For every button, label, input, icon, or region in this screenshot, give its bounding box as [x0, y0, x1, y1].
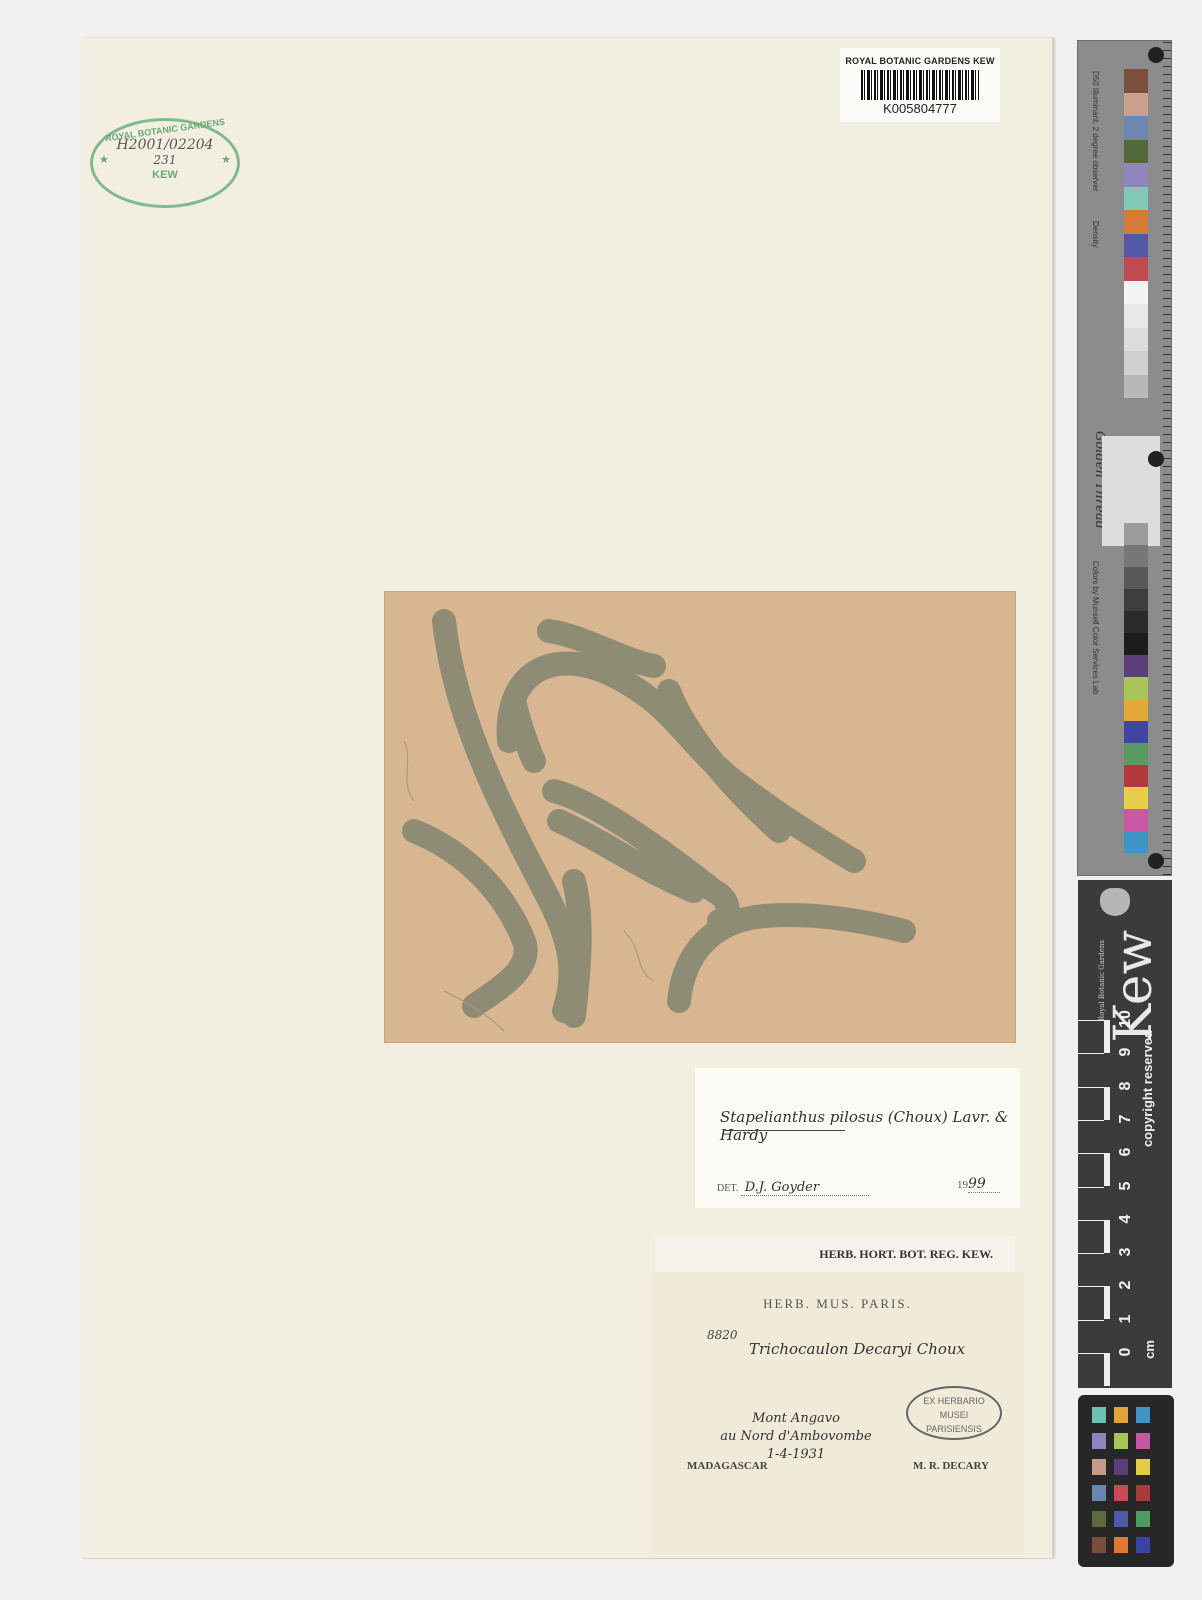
checker-cell — [1136, 1433, 1150, 1449]
color-swatch — [1124, 116, 1148, 140]
color-swatch — [1124, 234, 1148, 258]
ruler-number: 1 — [1117, 1307, 1135, 1331]
stamp-line: MUSEI — [908, 1408, 1000, 1422]
royal-crest-icon — [1100, 888, 1130, 916]
color-swatch — [1124, 93, 1148, 117]
ruler-block — [1078, 1120, 1104, 1154]
ruler-numbers: 109876543210 — [1114, 1020, 1138, 1386]
ruler-number: 5 — [1117, 1174, 1135, 1198]
stamp-kew: KEW — [93, 169, 237, 181]
checker-cell — [1136, 1537, 1150, 1553]
ruler-number: 9 — [1117, 1040, 1135, 1064]
checker-cell — [1092, 1485, 1106, 1501]
color-swatch — [1124, 589, 1148, 611]
paris-collector: M. R. DECARY — [913, 1460, 989, 1472]
color-calibration-strip: D50 Illuminant, 2 degree observer Densit… — [1077, 40, 1172, 876]
checker-cell — [1114, 1511, 1128, 1527]
star-icon: ★ — [221, 153, 231, 166]
color-swatch — [1124, 69, 1148, 93]
ruler-number: 3 — [1117, 1240, 1135, 1264]
ruler-block — [1078, 1087, 1104, 1121]
checker-cell — [1114, 1485, 1128, 1501]
ruler-block — [1078, 1353, 1104, 1387]
checker-cell — [1114, 1459, 1128, 1475]
herbarium-header: HERB. HORT. BOT. REG. KEW. — [655, 1236, 1015, 1272]
paris-locality: Mont Angavo au Nord d'Ambovombe 1-4-1931 — [691, 1410, 901, 1464]
ruler-white-block — [1104, 1220, 1110, 1253]
stamp-number: 231 — [93, 153, 237, 167]
stamp-line: PARISIENSIS — [908, 1422, 1000, 1436]
color-swatch — [1124, 545, 1148, 567]
color-swatch — [1124, 375, 1148, 399]
color-swatch — [1124, 787, 1148, 809]
swatch-column-top — [1124, 69, 1148, 398]
ruler-number: 4 — [1117, 1207, 1135, 1231]
checker-cell — [1136, 1459, 1150, 1475]
color-swatch — [1124, 187, 1148, 211]
det-determiner: D.J. Goyder — [741, 1180, 869, 1196]
ruler-block — [1078, 1020, 1104, 1054]
checker-cell — [1136, 1407, 1150, 1423]
swatch-column-bottom — [1124, 523, 1148, 853]
strip-density: Density — [1086, 221, 1100, 248]
checker-cell — [1092, 1537, 1106, 1553]
checker-cell — [1092, 1433, 1106, 1449]
color-swatch — [1124, 831, 1148, 853]
checker-cell — [1136, 1485, 1150, 1501]
color-swatch — [1124, 677, 1148, 699]
paris-label: HERB. MUS. PARIS. 8820 Trichocaulon Deca… — [651, 1272, 1024, 1554]
hole-icon — [1148, 47, 1164, 63]
copyright-text: copyright reserved — [1140, 1030, 1155, 1147]
checker-cell — [1092, 1459, 1106, 1475]
ruler-blocks — [1078, 1020, 1110, 1386]
color-swatch — [1124, 523, 1148, 545]
ruler-white-block — [1104, 1153, 1110, 1186]
accession-stamp: ROYAL BOTANIC GARDENS H2001/02204 231 KE… — [90, 118, 240, 208]
color-swatch — [1124, 809, 1148, 831]
color-swatch — [1124, 351, 1148, 375]
det-year-prefix: 19 — [957, 1179, 968, 1191]
strip-ruler-ticks — [1163, 41, 1171, 875]
ruler-number: 0 — [1117, 1340, 1135, 1364]
barcode-label: ROYAL BOTANIC GARDENS KEW K005804777 — [840, 48, 1000, 122]
color-swatch — [1124, 699, 1148, 721]
taxon-underline — [725, 1130, 845, 1131]
checker-cell — [1114, 1407, 1128, 1423]
det-year: 1999 — [957, 1176, 1000, 1192]
color-swatch — [1124, 304, 1148, 328]
color-swatch — [1124, 743, 1148, 765]
color-swatch — [1124, 163, 1148, 187]
checker-cell — [1114, 1537, 1128, 1553]
specimen-packet — [384, 591, 1016, 1043]
checker-cell — [1136, 1511, 1150, 1527]
color-swatch — [1124, 721, 1148, 743]
ruler-white-block — [1104, 1020, 1110, 1053]
kew-ruler: Royal Botanic Gardens Kew 109876543210 c… — [1078, 880, 1172, 1388]
star-icon: ★ — [99, 153, 109, 166]
paris-number: 8820 — [707, 1328, 738, 1342]
ruler-number: 8 — [1117, 1074, 1135, 1098]
color-swatch — [1124, 633, 1148, 655]
color-swatch — [1124, 567, 1148, 589]
color-swatch — [1124, 281, 1148, 305]
ruler-block — [1078, 1187, 1104, 1221]
checker-cell — [1114, 1433, 1128, 1449]
det-row: DET. D.J. Goyder — [717, 1180, 869, 1195]
ruler-block — [1078, 1320, 1104, 1354]
ruler-number: 7 — [1117, 1107, 1135, 1131]
barcode-institution: ROYAL BOTANIC GARDENS KEW — [840, 56, 1000, 66]
determination-label: Stapelianthus pilosus (Choux) Lavr. & Ha… — [695, 1068, 1020, 1208]
ruler-white-block — [1104, 1286, 1110, 1319]
strip-footer: Colors by Munsell Color Services Lab — [1086, 561, 1100, 694]
ruler-white-block — [1104, 1353, 1110, 1386]
color-checker — [1078, 1395, 1174, 1567]
paris-country: MADAGASCAR — [687, 1460, 768, 1472]
stamp-line: EX HERBARIO — [908, 1394, 1000, 1408]
locality-line-1: Mont Angavo — [691, 1410, 901, 1428]
ruler-number: 2 — [1117, 1273, 1135, 1297]
det-taxon: Stapelianthus pilosus (Choux) Lavr. & Ha… — [720, 1108, 1020, 1144]
det-prefix: DET. — [717, 1183, 738, 1194]
ruler-block — [1078, 1153, 1104, 1187]
hole-icon — [1148, 451, 1164, 467]
det-year-suffix: 99 — [968, 1176, 1000, 1193]
ruler-block — [1078, 1253, 1104, 1287]
specimen-stems-icon — [384, 591, 1016, 1043]
locality-line-2: au Nord d'Ambovombe — [691, 1428, 901, 1446]
checker-cell — [1092, 1407, 1106, 1423]
ruler-unit: cm — [1142, 1340, 1157, 1359]
paris-original-name: Trichocaulon Decaryi Choux — [749, 1340, 965, 1358]
color-swatch — [1124, 328, 1148, 352]
color-swatch — [1124, 140, 1148, 164]
hole-icon — [1148, 853, 1164, 869]
paris-title: HERB. MUS. PARIS. — [651, 1296, 1024, 1312]
ruler-number: 10 — [1117, 1007, 1135, 1031]
color-swatch — [1124, 257, 1148, 281]
barcode-icon — [861, 70, 979, 100]
ruler-block — [1078, 1286, 1104, 1320]
color-swatch — [1124, 611, 1148, 633]
color-swatch — [1124, 210, 1148, 234]
ruler-number: 6 — [1117, 1140, 1135, 1164]
checker-cell — [1092, 1511, 1106, 1527]
color-swatch — [1124, 655, 1148, 677]
color-swatch — [1124, 765, 1148, 787]
ruler-white-block — [1104, 1087, 1110, 1120]
paris-stamp: EX HERBARIO MUSEI PARISIENSIS — [906, 1386, 1002, 1440]
ruler-block — [1078, 1053, 1104, 1087]
barcode-number: K005804777 — [840, 101, 1000, 116]
strip-header: D50 Illuminant, 2 degree observer — [1086, 71, 1100, 192]
ruler-block — [1078, 1220, 1104, 1254]
